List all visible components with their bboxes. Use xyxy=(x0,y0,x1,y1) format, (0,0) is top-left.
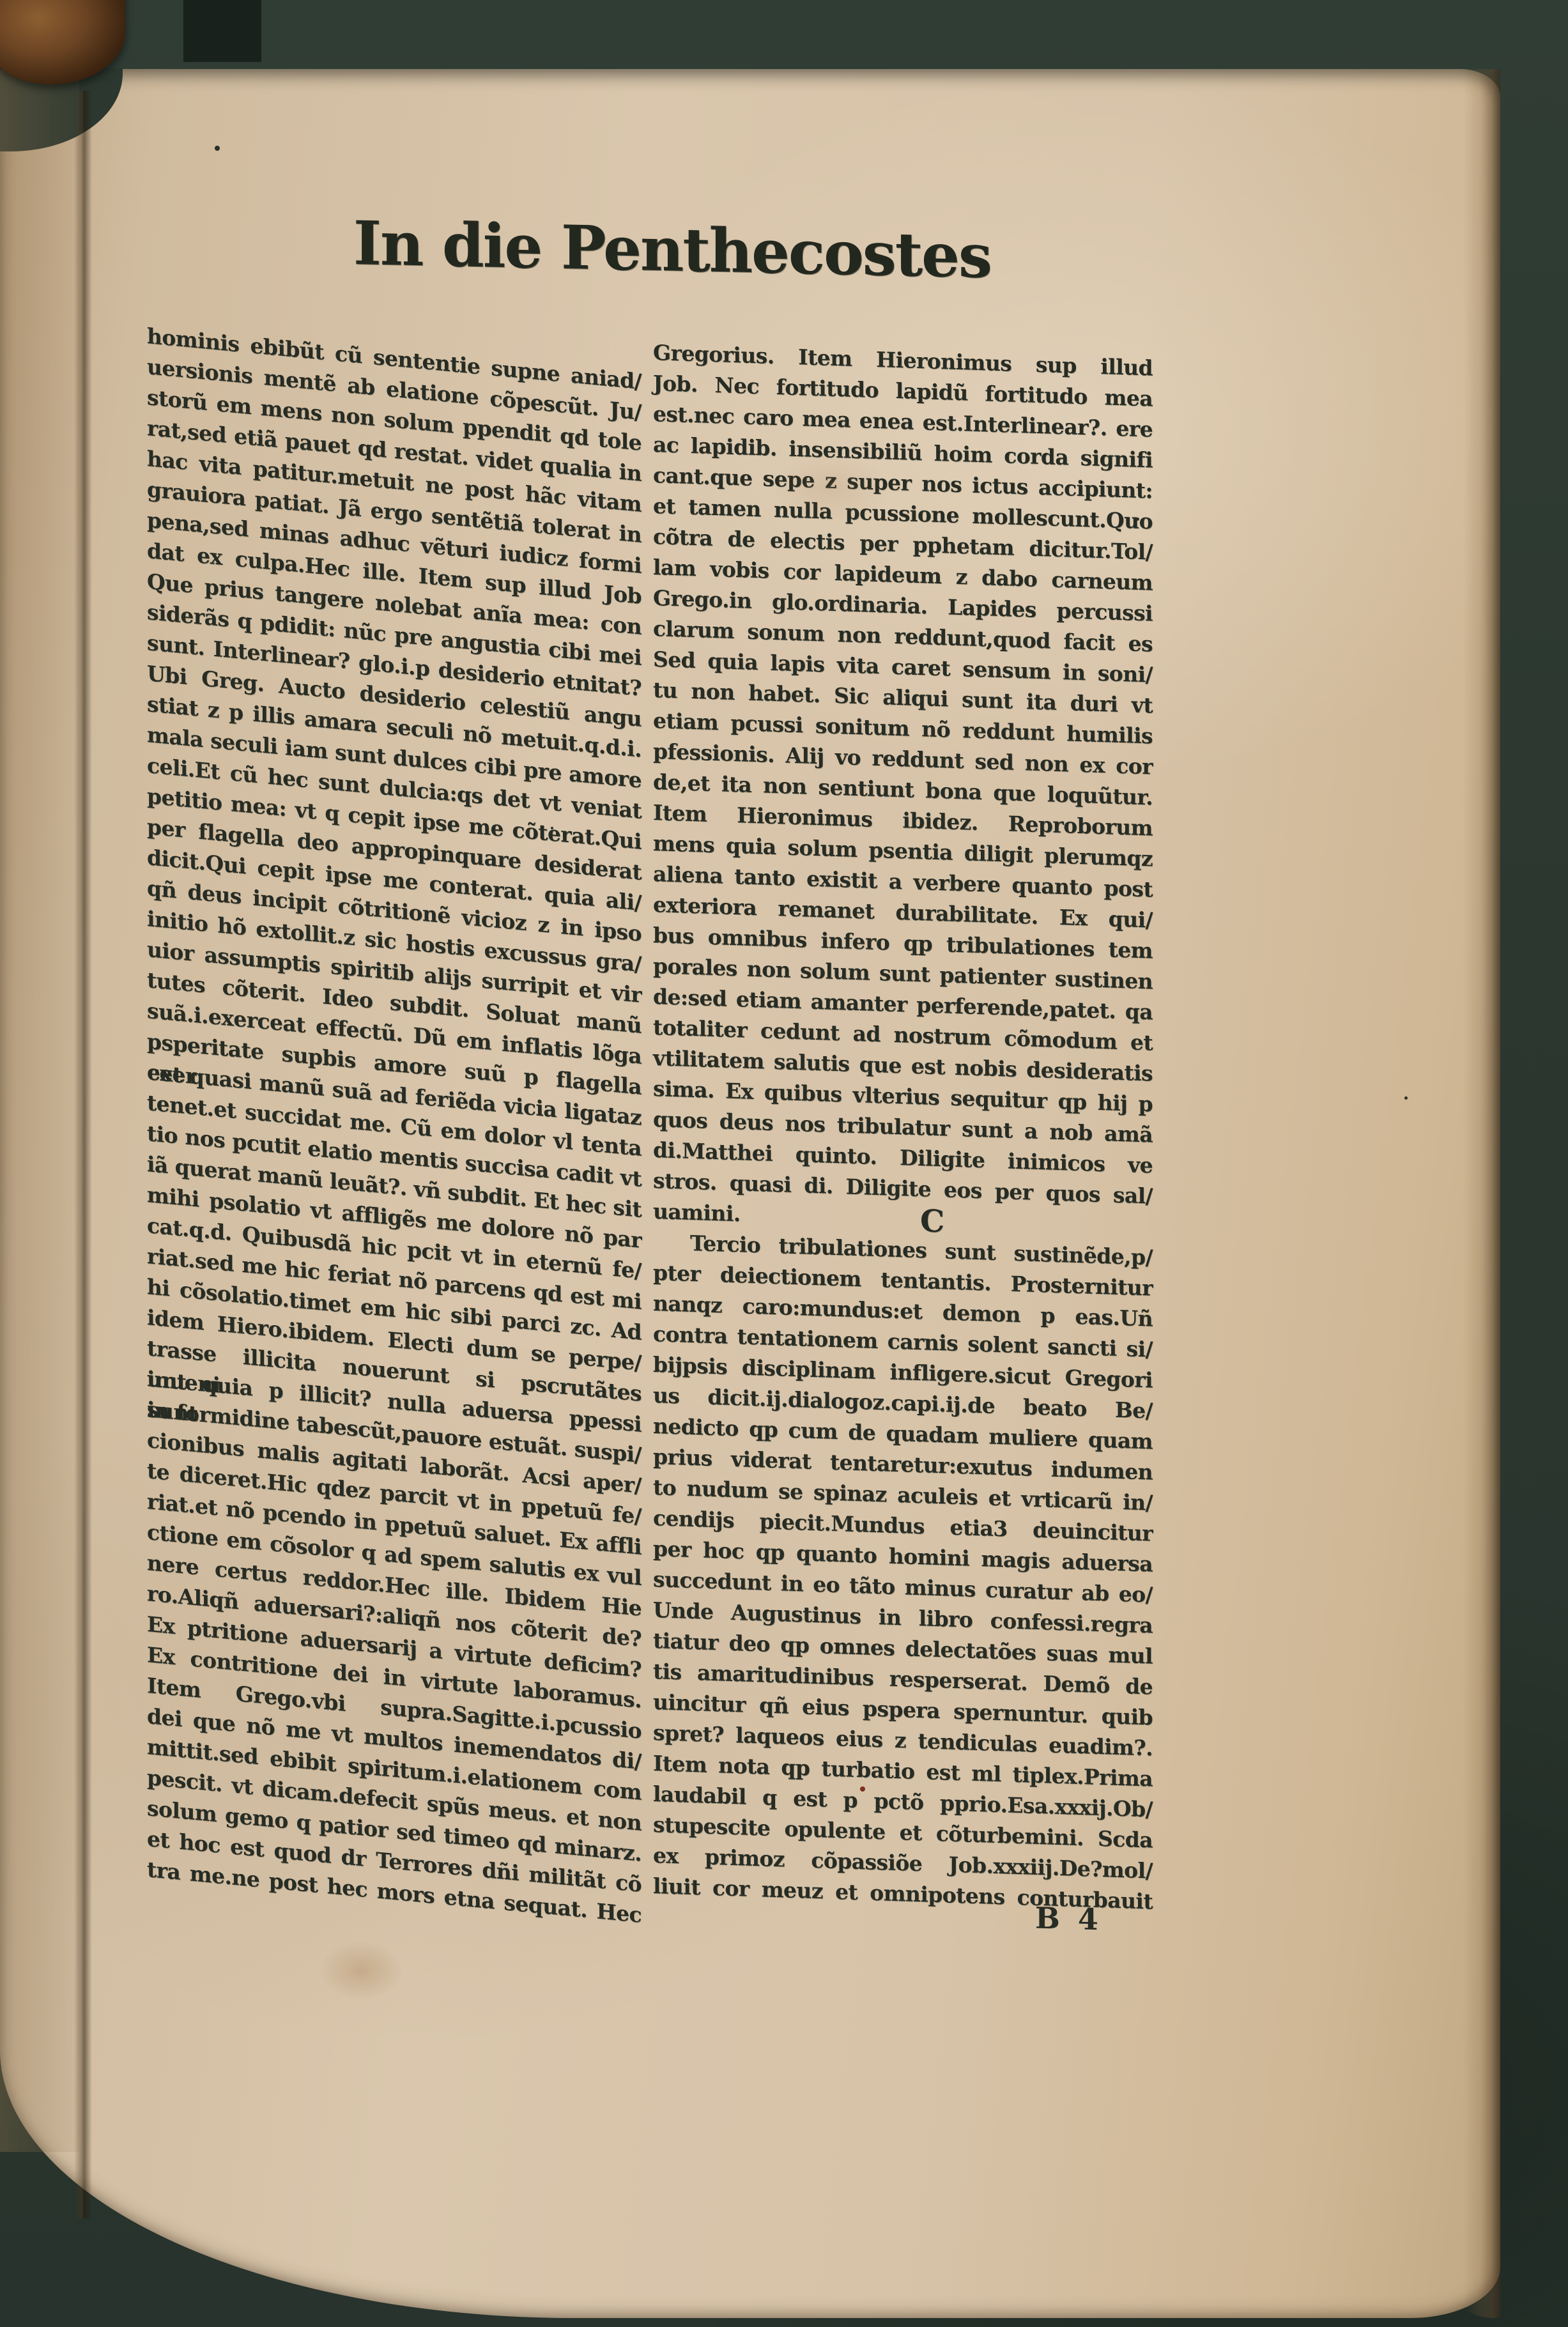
text-column-left: hominis ebibũt cũ sententie supne aniad/… xyxy=(147,321,642,1931)
binding-shadow-blotch xyxy=(183,0,261,62)
red-ink-speck xyxy=(860,1786,865,1792)
ink-speck xyxy=(1136,518,1139,521)
ink-speck xyxy=(551,827,553,829)
page-heading: In die Penthecostes xyxy=(353,208,928,291)
quire-signature: B 4 xyxy=(1035,1901,1102,1937)
paper-stain xyxy=(319,1941,403,2000)
paragraph-mark: C xyxy=(920,1203,944,1240)
page-fore-edge xyxy=(1463,69,1500,2318)
text-column-right: C Gregorius. Item Hieronimus sup illudJo… xyxy=(653,337,1153,1917)
book-page: In die Penthecostes hominis ebibũt cũ se… xyxy=(0,69,1500,2318)
gutter-shading xyxy=(0,69,79,2152)
ink-speck xyxy=(1404,1096,1408,1100)
gutter-crease xyxy=(74,91,92,2218)
ink-speck xyxy=(215,146,220,151)
paper-stain xyxy=(773,452,888,523)
scanned-book-photo: { "header": { "title": "In die Penthecos… xyxy=(0,0,1568,2327)
